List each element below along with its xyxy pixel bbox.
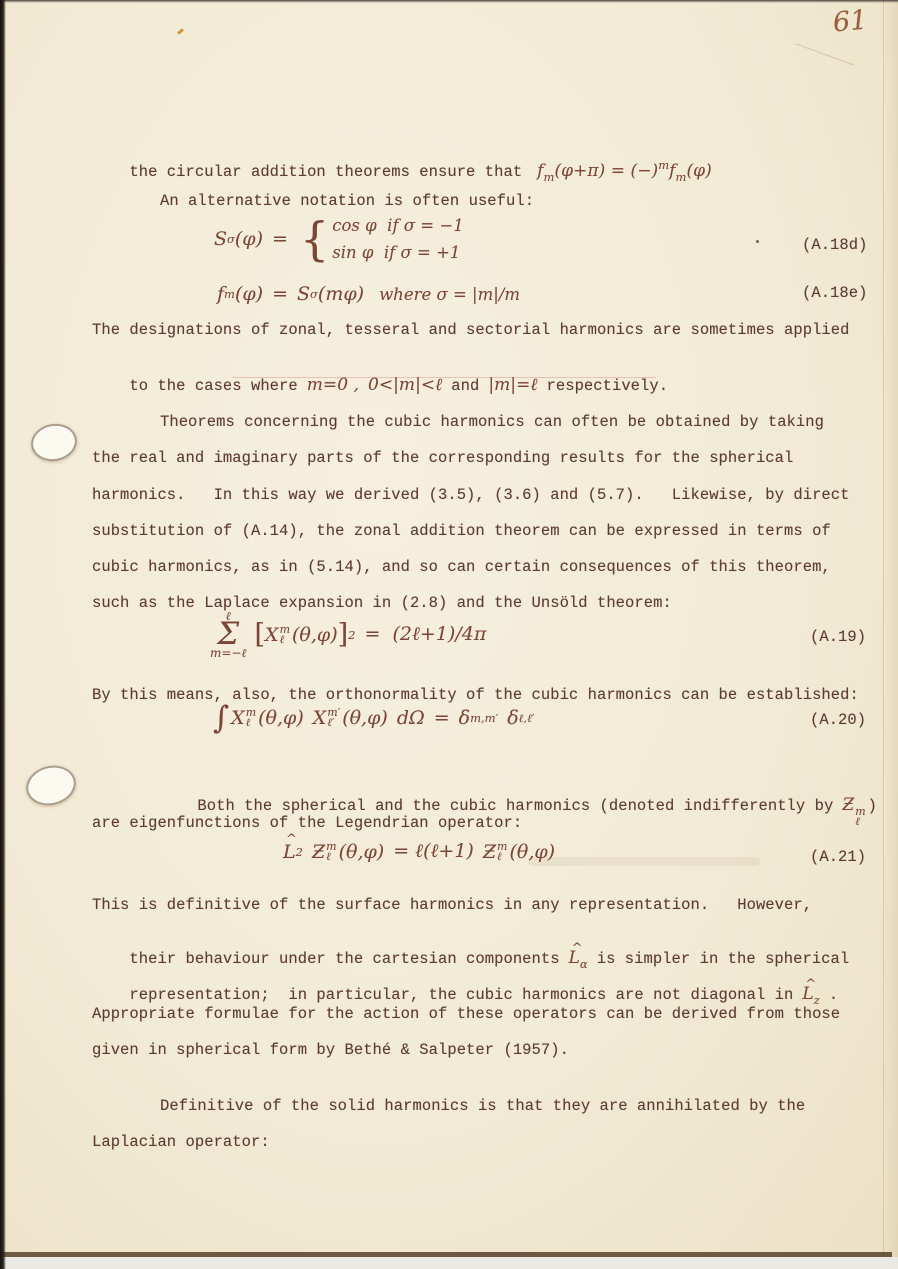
text-line: to the cases wherem=0 ,0<|m|<ℓand|m|=ℓre… (92, 358, 668, 413)
L-hat-squared: ^L (283, 841, 296, 863)
scan-edge-top (0, 0, 898, 3)
punch-hole (28, 420, 80, 464)
paper-edge-line (883, 0, 884, 1269)
equation-label-a20: (A.20) (810, 711, 866, 729)
text-line: are eigenfunctions of the Legendrian ope… (92, 814, 522, 832)
case-brace: { (300, 217, 329, 261)
math-L-z: ^Lz (802, 984, 819, 1004)
text-line: This is definitive of the surface harmon… (92, 896, 812, 914)
punch-hole (22, 761, 80, 811)
equation-a21: ^L2Ƶmℓ(θ,φ)= ℓ(ℓ+1)Ƶmℓ(θ,φ) (283, 840, 555, 863)
text-line: Laplacian operator: (92, 1133, 270, 1151)
equation-a18d: Sσ(φ)={cos φ if σ = −1sin φ if σ = +1 (214, 216, 464, 262)
case-lines: cos φ if σ = −1sin φ if σ = +1 (332, 216, 463, 262)
scan-edge-left (0, 0, 6, 1269)
summation: ℓΣm=−ℓ (210, 610, 247, 659)
sigma-sum: Σ (217, 622, 239, 647)
math-Z-symbol: Ƶmℓ (842, 795, 867, 815)
paper-crease (796, 43, 855, 65)
text-line: Theorems concerning the cubic harmonics … (160, 413, 824, 431)
math-m-zero: m=0 , (307, 375, 359, 395)
formula-fm-parity: fm(φ+π) = (−)mfm(φ) (537, 161, 712, 181)
math-m-range: 0<|m|<ℓ (368, 375, 442, 395)
text-line: The designations of zonal, tesseral and … (92, 321, 849, 339)
math-L-alpha: ^Lα (569, 948, 588, 968)
scan-backing-strip (4, 1257, 898, 1269)
equation-a18e: fm(φ)=Sσ(mφ)where σ = |m|/m (217, 283, 520, 305)
text-line: An alternative notation is often useful: (160, 192, 534, 210)
equation-label-a21: (A.21) (810, 848, 866, 866)
typed-text: the circular addition theorems ensure th… (129, 163, 522, 181)
text-line: Both the spherical and the cubic harmoni… (160, 778, 877, 845)
text-line: Appropriate formulae for the action of t… (92, 1005, 840, 1023)
equation-a20: ∫Xmℓ(θ,φ)Xm′ℓ′(θ,φ)dΩ=δm,m′δℓ,ℓ′ (213, 705, 535, 731)
text-line: given in spherical form by Bethé & Salpe… (92, 1041, 569, 1059)
integral-sign: ∫ (213, 705, 229, 731)
text-line: Definitive of the solid harmonics is tha… (160, 1097, 805, 1115)
eraser-smudge (528, 857, 760, 866)
text-line: harmonics. In this way we derived (3.5),… (92, 486, 849, 504)
text-line: cubic harmonics, as in (5.14), and so ca… (92, 558, 831, 576)
text-line: substitution of (A.14), the zonal additi… (92, 522, 831, 540)
page-number: 61 (832, 5, 869, 39)
equation-label-a18d: (A.18d) (802, 236, 867, 254)
equation-label-a19: (A.19) (810, 628, 866, 646)
scanned-document-page: 61 the circular addition theorems ensure… (0, 0, 898, 1269)
scan-edge-bottom (0, 1252, 892, 1257)
math-S: S (214, 228, 227, 250)
ink-speck (177, 28, 184, 35)
equation-a19: ℓΣm=−ℓ[Xmℓ(θ,φ)]2= (2ℓ+1)/4π (210, 610, 486, 659)
math-m-ell: |m|=ℓ (488, 375, 537, 395)
text-line: the real and imaginary parts of the corr… (92, 449, 793, 467)
stray-dot (756, 240, 759, 243)
text-line: By this means, also, the orthonormality … (92, 686, 859, 704)
equation-label-a18e: (A.18e) (802, 284, 867, 302)
scan-edge-right (883, 0, 898, 1269)
